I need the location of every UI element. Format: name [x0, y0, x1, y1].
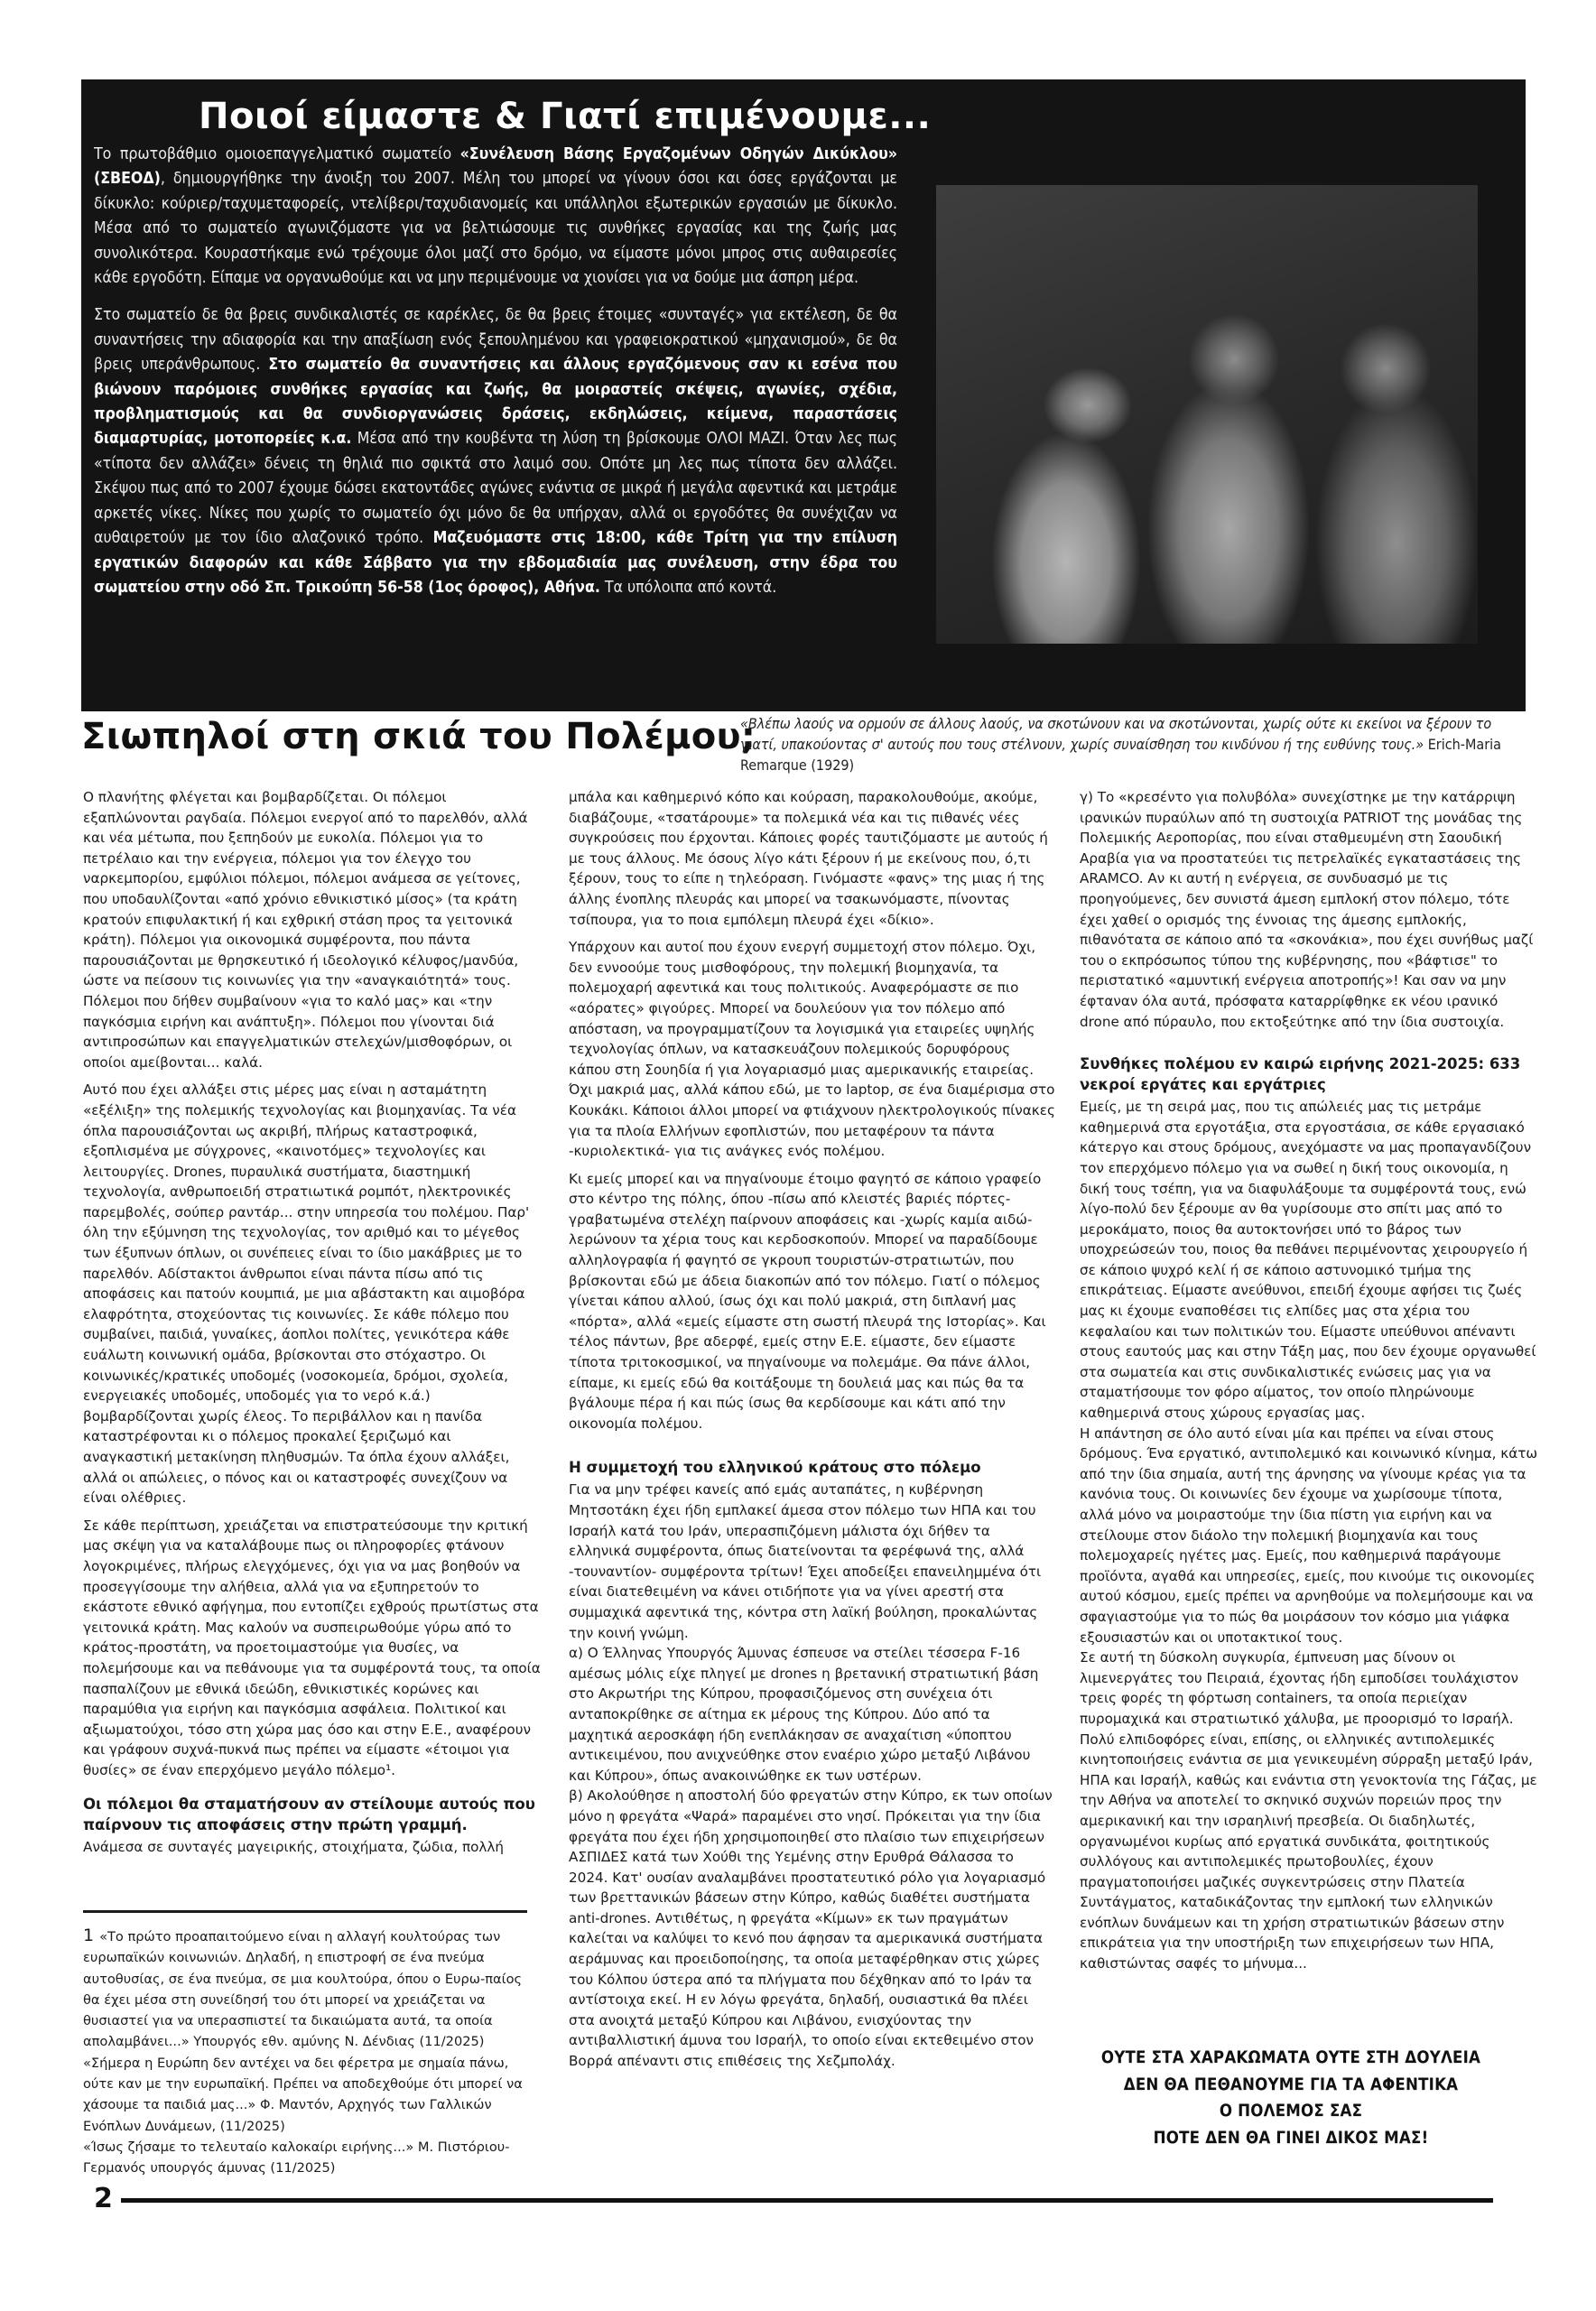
paragraph: Σε κάθε περίπτωση, χρειάζεται να επιστρα…	[83, 1516, 543, 1781]
slogan-line: ΔΕΝ ΘΑ ΠΕΘΑΝΟΥΜΕ ΓΙΑ ΤΑ ΑΦΕΝΤΙΚΑ	[1070, 2072, 1512, 2099]
page-footer: 2	[94, 2183, 1493, 2219]
footnote-number: 1	[83, 1926, 94, 1945]
about-paragraph-1: Το πρωτοβάθμιο ομοιοεπαγγελματικό σωματε…	[94, 143, 897, 291]
article-column-1: Ο πλανήτης φλέγεται και βομβαρδίζεται. Ο…	[83, 787, 543, 1864]
paragraph: α) Ο Έλληνας Υπουργός Άμυνας έσπευσε να …	[569, 1643, 1056, 1786]
quote-text: «Βλέπω λαούς να ορμούν σε άλλους λαούς, …	[740, 715, 1491, 753]
paragraph: β) Ακολούθησε η αποστολή δύο φρεγατών στ…	[569, 1786, 1056, 2071]
footnote-quote: «Ίσως ζήσαμε το τελευταίο καλοκαίρι ειρή…	[83, 2137, 534, 2179]
subheading: Συνθήκες πολέμου εν καιρώ ειρήνης 2021-2…	[1080, 1053, 1540, 1095]
footnote-1: 1«Το πρώτο προαπαιτούμενο είναι η αλλαγή…	[83, 1926, 534, 2053]
paragraph: Αυτό που έχει αλλάξει στις μέρες μας είν…	[83, 1080, 543, 1508]
paragraph: Ανάμεσα σε συνταγές μαγειρικής, στοιχήμα…	[83, 1837, 543, 1858]
footer-rule	[121, 2198, 1493, 2203]
about-paragraph-2: Στο σωματείο δε θα βρεις συνδικαλιστές σ…	[94, 303, 897, 600]
paragraph: Υπάρχουν και αυτοί που έχουν ενεργή συμμ…	[569, 937, 1056, 1162]
paragraph: Η απάντηση σε όλο αυτό είναι μία και πρέ…	[1080, 1424, 1540, 1648]
slogan-line: ΠΟΤΕ ΔΕΝ ΘΑ ΓΙΝΕΙ ΔΙΚΟΣ ΜΑΣ!	[1070, 2125, 1512, 2152]
paragraph: Για να μην τρέφει κανείς από εμάς αυταπά…	[569, 1480, 1056, 1643]
paragraph: γ) Το «κρεσέντο για πολυβόλα» συνεχίστηκ…	[1080, 787, 1540, 1032]
slogan-line: ΟΥΤΕ ΣΤΑ ΧΑΡΑΚΩΜΑΤΑ ΟΥΤΕ ΣΤΗ ΔΟΥΛΕΙΑ	[1070, 2045, 1512, 2072]
footnote-quote: «Σήμερα η Ευρώπη δεν αντέχει να δει φέρε…	[83, 2053, 534, 2137]
footnotes: 1«Το πρώτο προαπαιτούμενο είναι η αλλαγή…	[83, 1926, 534, 2179]
paragraph: Κι εμείς μπορεί και να πηγαίνουμε έτοιμο…	[569, 1169, 1056, 1434]
about-text: Το πρωτοβάθμιο ομοιοεπαγγελματικό σωματε…	[94, 143, 897, 613]
paragraph: μπάλα και καθημερινό κόπο και κούραση, π…	[569, 787, 1056, 930]
article-column-2: μπάλα και καθημερινό κόπο και κούραση, π…	[569, 787, 1056, 2079]
subheading: Η συμμετοχή του ελληνικού κράτους στο πό…	[569, 1457, 1056, 1478]
slogan-line: Ο ΠΟΛΕΜΟΣ ΣΑΣ	[1070, 2098, 1512, 2125]
subheading: Οι πόλεμοι θα σταματήσουν αν στείλουμε α…	[83, 1794, 543, 1835]
about-title: Ποιοί είμαστε & Γιατί επιμένουμε...	[199, 96, 849, 137]
paragraph: Εμείς, με τη σειρά μας, που τις απώλειές…	[1080, 1097, 1540, 1424]
paragraph: Ο πλανήτης φλέγεται και βομβαρδίζεται. Ο…	[83, 787, 543, 1072]
epigraph-quote: «Βλέπω λαούς να ορμούν σε άλλους λαούς, …	[740, 713, 1517, 775]
about-union-box: Ποιοί είμαστε & Γιατί επιμένουμε... Το π…	[81, 79, 1526, 711]
article-title: Σιωπηλοί στη σκιά του Πολέμου;	[81, 716, 731, 757]
article-column-3: γ) Το «κρεσέντο για πολυβόλα» συνεχίστηκ…	[1080, 787, 1540, 1982]
closing-slogan: ΟΥΤΕ ΣΤΑ ΧΑΡΑΚΩΜΑΤΑ ΟΥΤΕ ΣΤΗ ΔΟΥΛΕΙΑ ΔΕΝ…	[1070, 2045, 1512, 2151]
children-photo	[936, 185, 1478, 644]
footnote-divider	[83, 1910, 527, 1913]
page-number: 2	[94, 2183, 113, 2214]
paragraph: Σε αυτή τη δύσκολη συγκυρία, έμπνευση μα…	[1080, 1647, 1540, 1974]
